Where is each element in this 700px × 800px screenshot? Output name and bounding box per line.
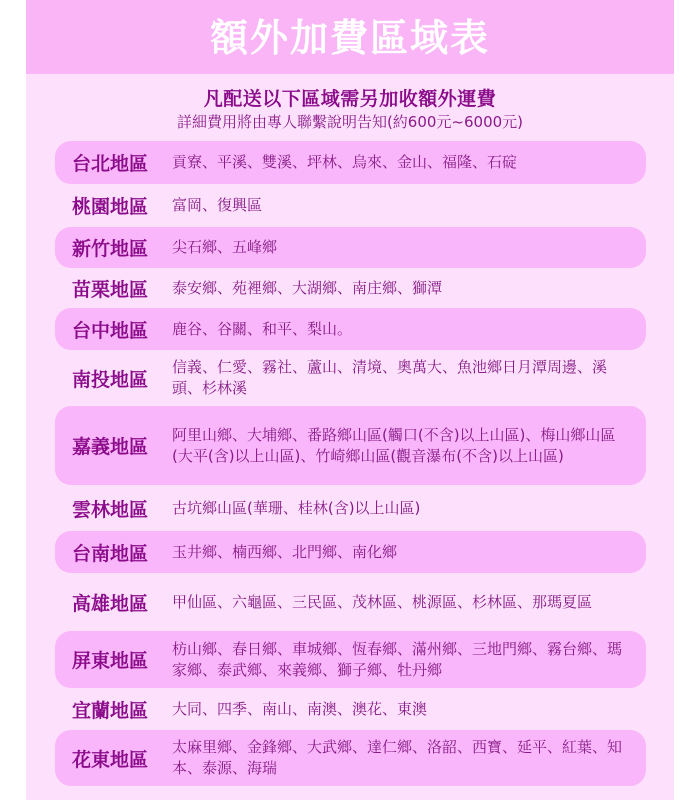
region-row-taichung: 台中地區 鹿谷、谷關、和平、梨山。: [55, 308, 646, 350]
intro-note: 詳細費用將由專人聯繫說明告知(約600元~6000元): [26, 111, 674, 132]
region-label: 屏東地區: [72, 646, 172, 673]
region-areas: 大同、四季、南山、南澳、澳花、東澳: [172, 699, 646, 720]
region-row-taoyuan: 桃園地區 富岡、復興區: [55, 184, 646, 227]
region-row-hsinchu: 新竹地區 尖石鄉、五峰鄉: [55, 227, 646, 268]
region-label: 桃園地區: [72, 192, 172, 219]
region-label: 苗栗地區: [72, 275, 172, 302]
region-row-miaoli: 苗栗地區 泰安鄉、苑裡鄉、大湖鄉、南庄鄉、獅潭: [55, 268, 646, 308]
region-label: 南投地區: [72, 365, 172, 392]
region-areas: 泰安鄉、苑裡鄉、大湖鄉、南庄鄉、獅潭: [172, 278, 646, 299]
region-areas: 尖石鄉、五峰鄉: [172, 237, 646, 258]
region-areas: 太麻里鄉、金鋒鄉、大武鄉、達仁鄉、洛韶、西寶、延平、紅葉、知本、泰源、海瑞: [172, 737, 646, 779]
region-label: 新竹地區: [72, 234, 172, 261]
page-title: 額外加費區域表: [210, 7, 490, 68]
region-label: 台北地區: [72, 149, 172, 176]
region-row-tainan: 台南地區 玉井鄉、楠西鄉、北門鄉、南化鄉: [55, 531, 646, 573]
region-label: 雲林地區: [72, 495, 172, 522]
region-areas: 阿里山鄉、大埔鄉、番路鄉山區(觸口(不含)以上山區)、梅山鄉山區(大平(含)以上…: [172, 425, 646, 467]
region-row-chiayi: 嘉義地區 阿里山鄉、大埔鄉、番路鄉山區(觸口(不含)以上山區)、梅山鄉山區(大平…: [55, 406, 646, 485]
region-areas: 貢寮、平溪、雙溪、坪林、烏來、金山、福隆、石碇: [172, 152, 646, 173]
region-label: 台南地區: [72, 539, 172, 566]
region-areas: 信義、仁愛、霧社、蘆山、清境、奧萬大、魚池鄉日月潭周邊、溪頭、杉林溪: [172, 357, 646, 399]
region-areas: 富岡、復興區: [172, 195, 646, 216]
region-row-kaohsiung: 高雄地區 甲仙區、六龜區、三民區、茂林區、桃源區、杉林區、那瑪夏區: [55, 573, 646, 631]
region-label: 台中地區: [72, 316, 172, 343]
region-row-taipei: 台北地區 貢寮、平溪、雙溪、坪林、烏來、金山、福隆、石碇: [55, 141, 646, 184]
region-label: 嘉義地區: [72, 432, 172, 459]
region-areas: 古坑鄉山區(華珊、桂林(含)以上山區): [172, 498, 646, 519]
intro-subtitle: 凡配送以下區域需另加收額外運費: [26, 84, 674, 111]
region-row-nantou: 南投地區 信義、仁愛、霧社、蘆山、清境、奧萬大、魚池鄉日月潭周邊、溪頭、杉林溪: [55, 350, 646, 406]
region-row-pingtung: 屏東地區 枋山鄉、春日鄉、車城鄉、恆春鄉、滿州鄉、三地門鄉、霧台鄉、瑪家鄉、泰武…: [55, 631, 646, 688]
region-areas: 甲仙區、六龜區、三民區、茂林區、桃源區、杉林區、那瑪夏區: [172, 592, 646, 613]
region-areas: 枋山鄉、春日鄉、車城鄉、恆春鄉、滿州鄉、三地門鄉、霧台鄉、瑪家鄉、泰武鄉、來義鄉…: [172, 639, 646, 681]
region-row-hualien-taitung: 花東地區 太麻里鄉、金鋒鄉、大武鄉、達仁鄉、洛韶、西寶、延平、紅葉、知本、泰源、…: [55, 730, 646, 786]
region-label: 高雄地區: [72, 589, 172, 616]
region-label: 宜蘭地區: [72, 696, 172, 723]
header-band: 額外加費區域表: [26, 0, 674, 74]
surcharge-panel: 額外加費區域表 凡配送以下區域需另加收額外運費 詳細費用將由專人聯繫說明告知(約…: [26, 0, 674, 800]
region-row-yilan: 宜蘭地區 大同、四季、南山、南澳、澳花、東澳: [55, 688, 646, 730]
region-label: 花東地區: [72, 745, 172, 772]
region-row-yunlin: 雲林地區 古坑鄉山區(華珊、桂林(含)以上山區): [55, 485, 646, 531]
region-table: 台北地區 貢寮、平溪、雙溪、坪林、烏來、金山、福隆、石碇 桃園地區 富岡、復興區…: [55, 141, 646, 786]
region-areas: 玉井鄉、楠西鄉、北門鄉、南化鄉: [172, 542, 646, 563]
region-areas: 鹿谷、谷關、和平、梨山。: [172, 319, 646, 340]
